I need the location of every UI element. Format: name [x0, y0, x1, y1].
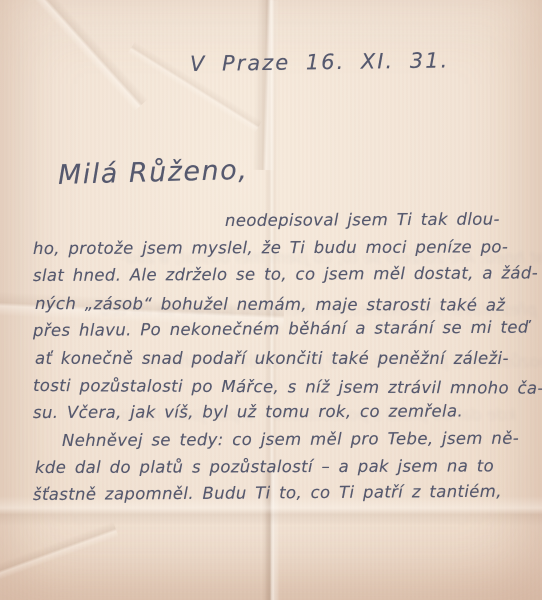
body-line: ho, protože jsem myslel, že Ti budu moci…	[33, 237, 508, 258]
top-left-crease	[0, 0, 148, 111]
body-line: ných „zásob“ bohužel nemám, maje starost…	[35, 294, 505, 315]
body-line: šťastně zapomněl. Budu Ti to, co Ti patř…	[33, 482, 502, 504]
body-line: slat hned. Ale zdrželo se to, co jsem mě…	[33, 263, 538, 285]
salutation: Milá Růženo,	[58, 155, 249, 191]
body-line: neodepisoval jsem Ti tak dlou-	[225, 210, 500, 230]
vertical-fold-crease-top	[253, 0, 279, 170]
body-line: tosti pozůstalosti po Mářce, s níž jsem …	[33, 376, 542, 398]
body-line: ať konečně snad podaří ukončiti také pen…	[35, 349, 509, 368]
body-line: su. Včera, jak víš, byl už tomu rok, co …	[33, 401, 463, 422]
bottom-left-crease	[0, 522, 119, 585]
body-line: Nehněvej se tedy: co jsem měl pro Tebe, …	[62, 429, 519, 450]
body-line: kde dal do platů s pozůstalostí – a pak …	[35, 456, 494, 477]
dateline: V Praze 16. XI. 31.	[190, 48, 450, 76]
letter-scan: slat hned. Ale zdrželo se to, co jsem mě…	[0, 0, 542, 600]
body-line: přes hlavu. Po nekonečném běhání a stará…	[33, 318, 529, 340]
letter-page: slat hned. Ale zdrželo se to, co jsem mě…	[0, 0, 542, 600]
